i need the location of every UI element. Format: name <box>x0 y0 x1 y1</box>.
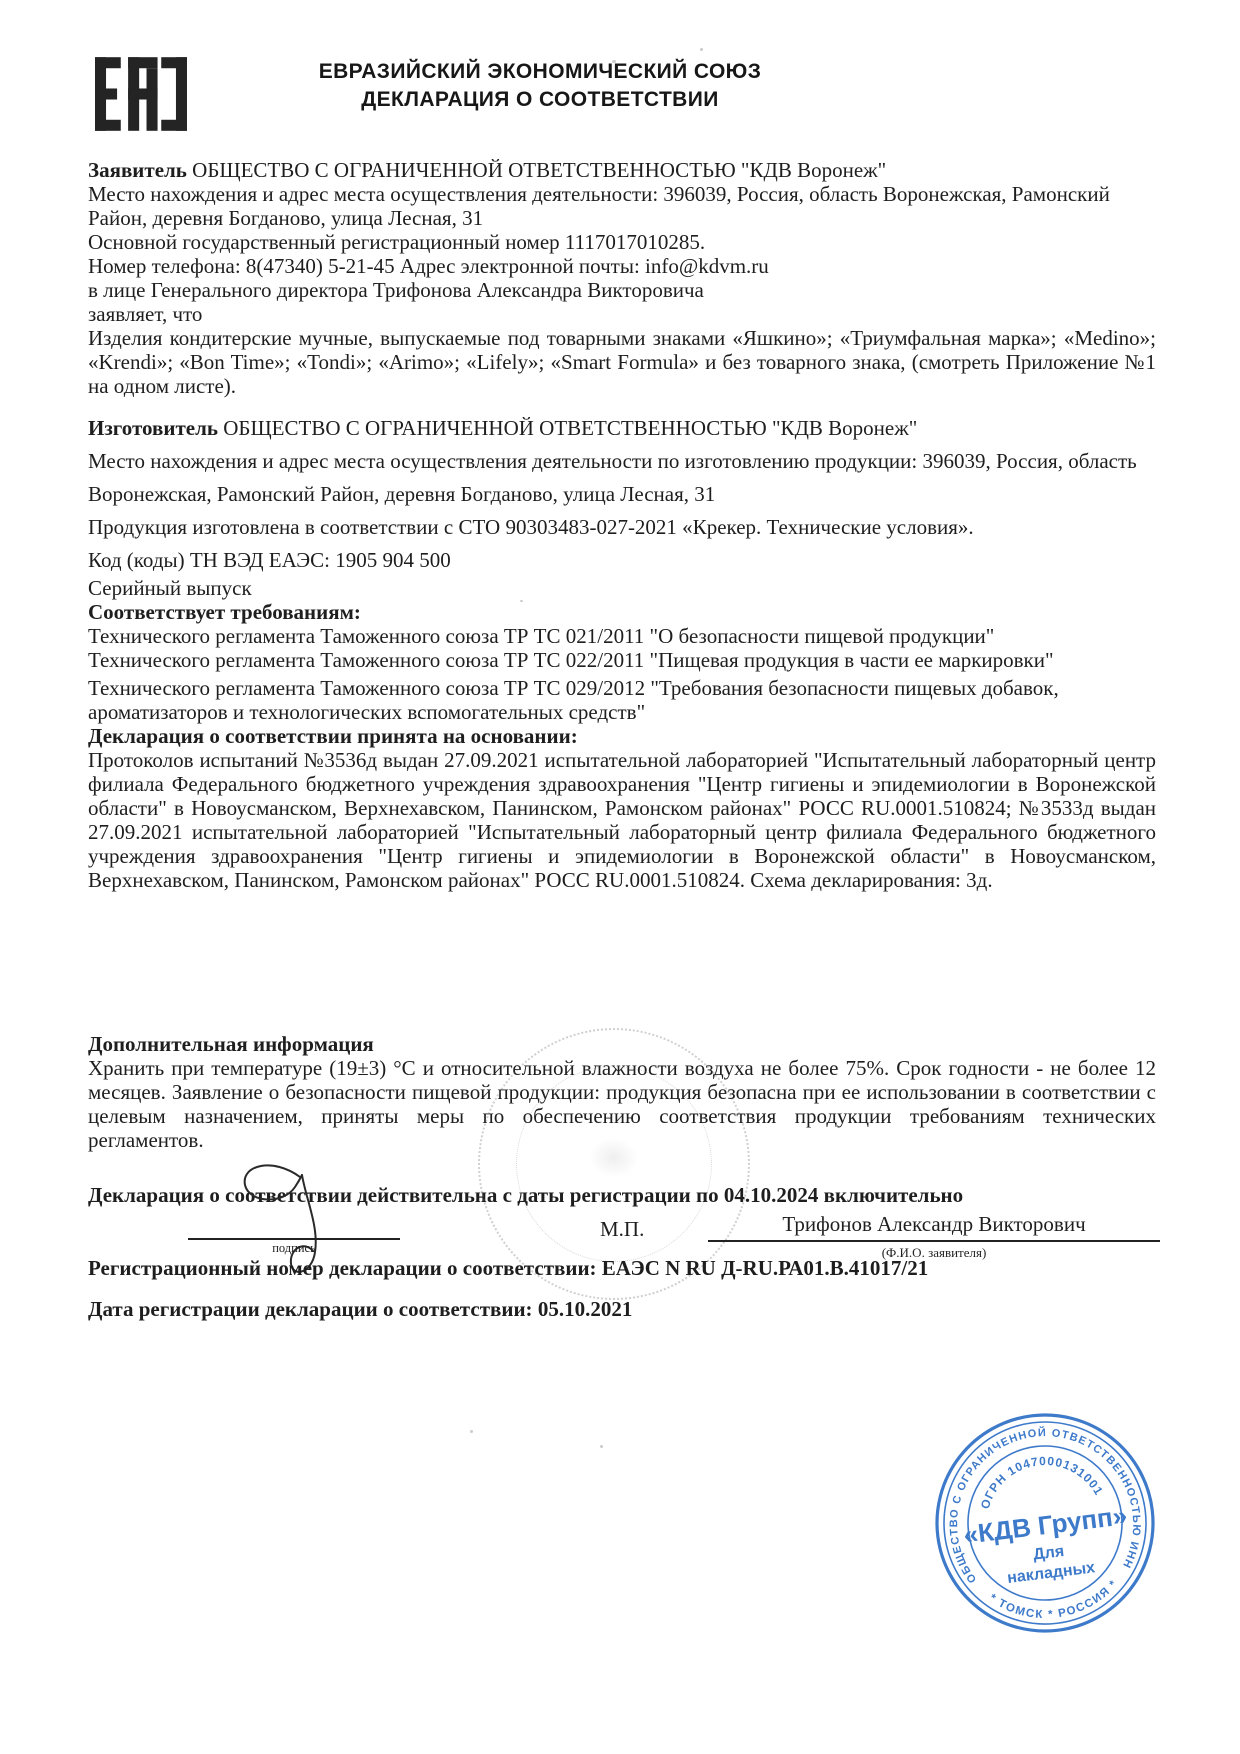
manufacturer-address: Место нахождения и адрес места осуществл… <box>88 445 1156 511</box>
product-tnved-code: Код (коды) ТН ВЭД ЕАЭС: 1905 904 500 <box>88 544 1156 577</box>
scan-speck <box>600 1445 603 1448</box>
header-doc-type: ДЕКЛАРАЦИЯ О СООТВЕТСТВИИ <box>280 86 800 114</box>
signer-name-line <box>708 1240 1160 1242</box>
registration-date-value: 05.10.2021 <box>538 1297 633 1321</box>
applicant-phone-email: Номер телефона: 8(47340) 5-21-45 Адрес э… <box>88 254 1156 278</box>
stamp-purpose-line2: накладных <box>1006 1559 1096 1587</box>
registration-date-line: Дата регистрации декларации о соответств… <box>88 1297 1156 1321</box>
compliance-item: Технического регламента Таможенного союз… <box>88 648 1156 672</box>
manufacturer-label: Изготовитель <box>88 416 218 440</box>
basis-title: Декларация о соответствии принята на осн… <box>88 724 1156 748</box>
registration-date-label: Дата регистрации декларации о соответств… <box>88 1297 533 1321</box>
applicant-declares: заявляет, что <box>88 302 1156 326</box>
manufacturer-line: Изготовитель ОБЩЕСТВО С ОГРАНИЧЕННОЙ ОТВ… <box>88 412 1156 445</box>
product-description: Изделия кондитерские мучные, выпускаемые… <box>88 326 1156 398</box>
scan-speck <box>612 60 616 63</box>
scan-speck <box>470 1430 473 1433</box>
signature-caption: подпись <box>188 1241 400 1256</box>
registration-date: Дата регистрации декларации о соответств… <box>88 1297 1156 1321</box>
company-seal-stamp: ОБЩЕСТВО С ОГРАНИЧЕННОЙ ОТВЕТСТВЕННОСТЬЮ… <box>917 1395 1173 1651</box>
signer-name: Трифонов Александр Викторович <box>708 1212 1160 1237</box>
registration-number-value: ЕАЭС N RU Д-RU.РА01.В.41017/21 <box>602 1256 928 1280</box>
stamp-purpose-line1: Для <box>1032 1543 1065 1564</box>
basis-text: Протоколов испытаний №3536д выдан 27.09.… <box>88 748 1156 892</box>
declaration-document: ЕВРАЗИЙСКИЙ ЭКОНОМИЧЕСКИЙ СОЮЗ ДЕКЛАРАЦИ… <box>0 0 1240 1754</box>
registration-number: Регистрационный номер декларации о соотв… <box>88 1256 1156 1280</box>
compliance-item: Технического регламента Таможенного союз… <box>88 624 1156 648</box>
applicant-name: ОБЩЕСТВО С ОГРАНИЧЕННОЙ ОТВЕТСТВЕННОСТЬЮ… <box>192 158 886 182</box>
document-header: ЕВРАЗИЙСКИЙ ЭКОНОМИЧЕСКИЙ СОЮЗ ДЕКЛАРАЦИ… <box>280 58 800 114</box>
product-sto: Продукция изготовлена в соответствии с С… <box>88 511 1156 544</box>
stamp-outer-ring-text: ОБЩЕСТВО С ОГРАНИЧЕННОЙ ОТВЕТСТВЕННОСТЬЮ… <box>917 1395 1149 1595</box>
applicant-ogrn: Основной государственный регистрационный… <box>88 230 1156 254</box>
registration-number-line: Регистрационный номер декларации о соотв… <box>88 1256 1156 1280</box>
signature-line <box>188 1238 400 1240</box>
registration-number-label: Регистрационный номер декларации о соотв… <box>88 1256 597 1280</box>
applicant-representative: в лице Генерального директора Трифонова … <box>88 278 1156 302</box>
applicant-label: Заявитель <box>88 158 187 182</box>
stamp-city-text: * ТОМСК * РОССИЯ * <box>986 1577 1124 1629</box>
manufacturer-name: ОБЩЕСТВО С ОГРАНИЧЕННОЙ ОТВЕТСТВЕННОСТЬЮ… <box>223 416 917 440</box>
scan-speck <box>700 48 703 51</box>
compliance-item: Технического регламента Таможенного союз… <box>88 676 1156 724</box>
applicant-line: Заявитель ОБЩЕСТВО С ОГРАНИЧЕННОЙ ОТВЕТС… <box>88 158 1156 182</box>
manufacturer-section: Изготовитель ОБЩЕСТВО С ОГРАНИЧЕННОЙ ОТВ… <box>88 412 1156 577</box>
header-union-title: ЕВРАЗИЙСКИЙ ЭКОНОМИЧЕСКИЙ СОЮЗ <box>280 58 800 86</box>
applicant-address: Место нахождения и адрес места осуществл… <box>88 182 1156 230</box>
compliance-title: Соответствует требованиям: <box>88 600 1156 624</box>
serial-issue: Серийный выпуск <box>88 576 1156 600</box>
seal-place-label: М.П. <box>600 1217 644 1242</box>
requirements-section: Серийный выпуск Соответствует требования… <box>88 576 1156 892</box>
eac-logo-icon <box>95 52 187 136</box>
scan-speck <box>520 600 523 602</box>
applicant-section: Заявитель ОБЩЕСТВО С ОГРАНИЧЕННОЙ ОТВЕТС… <box>88 158 1156 398</box>
